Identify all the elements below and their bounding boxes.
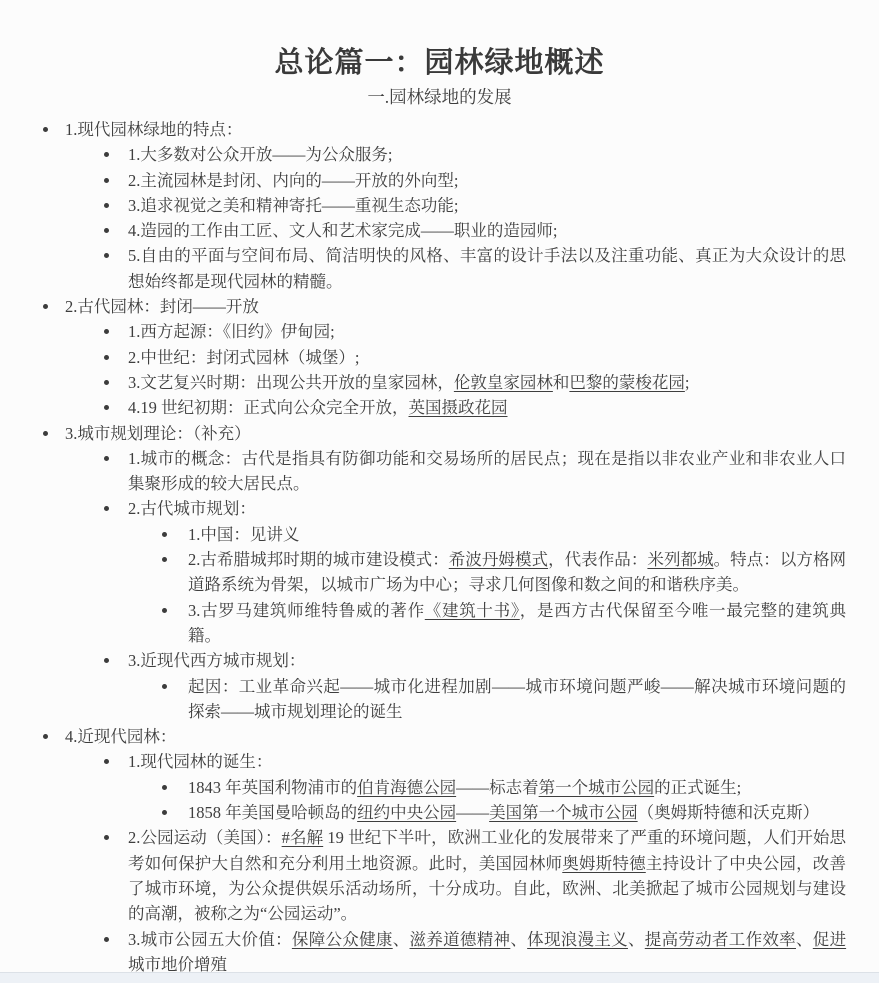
text-run: 1.现代园林的诞生： (128, 752, 272, 771)
underlined-term: 巴黎的蒙梭花园 (569, 373, 685, 392)
list-item: 1.西方起源：《旧约》伊甸园; (0, 319, 879, 344)
list-item: 2.古代园林：封闭——开放 (0, 294, 879, 319)
list-item-text: 3.城市规划理论：（补充） (65, 424, 251, 443)
underlined-term: 伯肯海德公园 (357, 778, 456, 797)
underlined-term: #名解 (282, 828, 324, 847)
bullet-icon (162, 684, 167, 689)
list-item: 4.造园的工作由工匠、文人和艺术家完成——职业的造园师; (0, 218, 879, 243)
underlined-term: 奥姆斯特德 (562, 854, 646, 873)
list-item-text: 1.大多数对公众开放——为公众服务; (128, 145, 392, 164)
text-run: 1858 年美国曼哈顿岛的 (188, 803, 357, 822)
list-item-text: 2.古代园林：封闭——开放 (65, 297, 259, 316)
text-run: 1.大多数对公众开放——为公众服务; (128, 145, 392, 164)
document-title: 总论篇一：园林绿地概述 (0, 0, 879, 81)
underlined-term: 保障公众健康 (292, 930, 393, 949)
bullet-icon (162, 608, 167, 613)
list-item-text: 2.中世纪：封闭式园林（城堡）; (128, 348, 359, 367)
text-run: 、 (796, 930, 813, 949)
text-run: 3.追求视觉之美和精神寄托——重视生态功能; (128, 196, 458, 215)
bullet-icon (104, 178, 109, 183)
document-subtitle: 一.园林绿地的发展 (0, 85, 879, 109)
text-run: 的正式诞生; (654, 778, 741, 797)
document-page: 总论篇一：园林绿地概述 一.园林绿地的发展 1.现代园林绿地的特点：1.大多数对… (0, 0, 879, 983)
bullet-icon (104, 355, 109, 360)
bullet-icon (104, 506, 109, 511)
text-run: 1843 年英国利物浦市的 (188, 778, 357, 797)
bullet-icon (104, 228, 109, 233)
list-item-text: 4.19 世纪初期：正式向公众完全开放，英国摄政花园 (128, 398, 508, 417)
underlined-term: 伦敦皇家园林 (454, 373, 553, 392)
list-item: 4.19 世纪初期：正式向公众完全开放，英国摄政花园 (0, 395, 879, 420)
text-run: 2.古希腊城邦时期的城市建设模式： (188, 550, 449, 569)
text-run: 3.城市公园五大价值： (128, 930, 292, 949)
list-item-text: 3.古罗马建筑师维特鲁威的著作《建筑十书》，是西方古代保留至今唯一最完整的建筑典… (188, 601, 846, 645)
bullet-icon (162, 785, 167, 790)
list-item: 3.追求视觉之美和精神寄托——重视生态功能; (0, 193, 879, 218)
list-item-text: 3.近现代西方城市规划： (128, 651, 305, 670)
list-item-text: 4.造园的工作由工匠、文人和艺术家完成——职业的造园师; (128, 221, 557, 240)
list-item: 1858 年美国曼哈顿岛的纽约中央公园——美国第一个城市公园（奥姆斯特德和沃克斯… (0, 800, 879, 825)
list-item: 3.古罗马建筑师维特鲁威的著作《建筑十书》，是西方古代保留至今唯一最完整的建筑典… (0, 598, 879, 649)
list-item-text: 2.古代城市规划： (128, 499, 256, 518)
text-run: 2.主流园林是封闭、内向的——开放的外向型; (128, 171, 458, 190)
bullet-icon (104, 329, 109, 334)
underlined-term: 滋养道德精神 (410, 930, 511, 949)
list-item: 1843 年英国利物浦市的伯肯海德公园——标志着第一个城市公园的正式诞生; (0, 775, 879, 800)
text-run: 和 (553, 373, 570, 392)
text-run: 1.中国：见讲义 (188, 525, 299, 544)
text-run: 2.古代园林：封闭——开放 (65, 297, 259, 316)
list-item: 3.城市规划理论：（补充） (0, 421, 879, 446)
underlined-term: 希波丹姆模式 (449, 550, 548, 569)
text-run: —— (456, 803, 489, 822)
text-run: ，代表作品： (548, 550, 647, 569)
bullet-icon (104, 203, 109, 208)
list-item-text: 1858 年美国曼哈顿岛的纽约中央公园——美国第一个城市公园（奥姆斯特德和沃克斯… (188, 803, 819, 822)
text-run: ; (685, 373, 690, 392)
text-run: 起因：工业革命兴起——城市化进程加剧——城市环境问题严峻——解决城市环境问题的探… (188, 677, 846, 721)
list-item-text: 3.追求视觉之美和精神寄托——重视生态功能; (128, 196, 458, 215)
list-item: 起因：工业革命兴起——城市化进程加剧——城市环境问题严峻——解决城市环境问题的探… (0, 674, 879, 725)
list-item-text: 1.中国：见讲义 (188, 525, 299, 544)
bottom-bar (0, 972, 879, 983)
list-item-text: 2.公园运动（美国）：#名解 19 世纪下半叶，欧洲工业化的发展带来了严重的环境… (128, 828, 846, 923)
bullet-icon (43, 127, 48, 132)
list-item-text: 1843 年英国利物浦市的伯肯海德公园——标志着第一个城市公园的正式诞生; (188, 778, 741, 797)
underlined-term: 体现浪漫主义 (527, 930, 628, 949)
text-run: 3.古罗马建筑师维特鲁威的著作 (188, 601, 425, 620)
text-run: 3.城市规划理论：（补充） (65, 424, 251, 443)
text-run: 4.19 世纪初期：正式向公众完全开放， (128, 398, 409, 417)
list-item-text: 1.现代园林绿地的特点： (65, 120, 242, 139)
list-item-text: 2.古希腊城邦时期的城市建设模式：希波丹姆模式，代表作品：米列都城。特点：以方格… (188, 550, 846, 594)
text-run: 1.现代园林绿地的特点： (65, 120, 242, 139)
bullet-icon (162, 557, 167, 562)
list-item: 3.城市公园五大价值：保障公众健康、滋养道德精神、体现浪漫主义、提高劳动者工作效… (0, 927, 879, 978)
text-run: 4.造园的工作由工匠、文人和艺术家完成——职业的造园师; (128, 221, 557, 240)
bullet-icon (43, 304, 48, 309)
bullet-icon (104, 835, 109, 840)
bullet-icon (104, 456, 109, 461)
underlined-term: 英国摄政花园 (409, 398, 508, 417)
text-run: 1.城市的概念：古代是指具有防御功能和交易场所的居民点；现在是指以非农业产业和非… (128, 449, 846, 493)
underlined-term: 《建筑十书》 (425, 601, 520, 620)
bullet-icon (104, 380, 109, 385)
list-item: 1.中国：见讲义 (0, 522, 879, 547)
bullet-icon (104, 405, 109, 410)
text-run: 2.古代城市规划： (128, 499, 256, 518)
underlined-term: 米列都城 (647, 550, 713, 569)
text-run: 、 (628, 930, 645, 949)
list-item: 5.自由的平面与空间布局、简洁明快的风格、丰富的设计手法以及注重功能、真正为大众… (0, 243, 879, 294)
text-run: 、 (393, 930, 410, 949)
underlined-term: 美国第一个城市公园 (489, 803, 638, 822)
list-item-text: 3.文艺复兴时期：出现公共开放的皇家园林，伦敦皇家园林和巴黎的蒙梭花园; (128, 373, 689, 392)
bullet-icon (104, 658, 109, 663)
list-item: 3.文艺复兴时期：出现公共开放的皇家园林，伦敦皇家园林和巴黎的蒙梭花园; (0, 370, 879, 395)
underlined-term: 提高劳动者工作效率 (645, 930, 796, 949)
text-run: 、 (510, 930, 527, 949)
text-run: 3.文艺复兴时期：出现公共开放的皇家园林， (128, 373, 454, 392)
list-item-text: 3.城市公园五大价值：保障公众健康、滋养道德精神、体现浪漫主义、提高劳动者工作效… (128, 930, 846, 974)
text-run: 5.自由的平面与空间布局、简洁明快的风格、丰富的设计手法以及注重功能、真正为大众… (128, 246, 846, 290)
bullet-icon (43, 431, 48, 436)
text-run: ——标志着 (456, 778, 539, 797)
list-item: 2.公园运动（美国）：#名解 19 世纪下半叶，欧洲工业化的发展带来了严重的环境… (0, 825, 879, 926)
list-item: 1.大多数对公众开放——为公众服务; (0, 142, 879, 167)
list-item-text: 1.城市的概念：古代是指具有防御功能和交易场所的居民点；现在是指以非农业产业和非… (128, 449, 846, 493)
text-run: （奥姆斯特德和沃克斯） (638, 803, 820, 822)
bullet-icon (104, 253, 109, 258)
text-run: 1.西方起源：《旧约》伊甸园; (128, 322, 335, 341)
list-item-text: 5.自由的平面与空间布局、简洁明快的风格、丰富的设计手法以及注重功能、真正为大众… (128, 246, 846, 290)
list-item: 1.城市的概念：古代是指具有防御功能和交易场所的居民点；现在是指以非农业产业和非… (0, 446, 879, 497)
bullet-icon (104, 937, 109, 942)
list-item: 2.中世纪：封闭式园林（城堡）; (0, 345, 879, 370)
underlined-term: 第一个城市公园 (539, 778, 655, 797)
text-run: 2.中世纪：封闭式园林（城堡）; (128, 348, 359, 367)
list-item: 1.现代园林的诞生： (0, 749, 879, 774)
list-item-text: 起因：工业革命兴起——城市化进程加剧——城市环境问题严峻——解决城市环境问题的探… (188, 677, 846, 721)
list-item: 3.近现代西方城市规划： (0, 648, 879, 673)
list-item: 1.现代园林绿地的特点： (0, 117, 879, 142)
underlined-term: 纽约中央公园 (357, 803, 456, 822)
list-item: 4.近现代园林： (0, 724, 879, 749)
list-item: 2.古代城市规划： (0, 496, 879, 521)
bullet-icon (104, 152, 109, 157)
list-item: 2.古希腊城邦时期的城市建设模式：希波丹姆模式，代表作品：米列都城。特点：以方格… (0, 547, 879, 598)
text-run: 3.近现代西方城市规划： (128, 651, 305, 670)
bullet-icon (104, 759, 109, 764)
bullet-icon (162, 532, 167, 537)
list-item-text: 2.主流园林是封闭、内向的——开放的外向型; (128, 171, 458, 190)
list-item: 2.主流园林是封闭、内向的——开放的外向型; (0, 168, 879, 193)
list-item-text: 4.近现代园林： (65, 727, 176, 746)
text-run: 2.公园运动（美国）： (128, 828, 282, 847)
outline-list: 1.现代园林绿地的特点：1.大多数对公众开放——为公众服务;2.主流园林是封闭、… (0, 117, 879, 977)
text-run: 4.近现代园林： (65, 727, 176, 746)
list-item-text: 1.西方起源：《旧约》伊甸园; (128, 322, 335, 341)
bullet-icon (162, 810, 167, 815)
list-item-text: 1.现代园林的诞生： (128, 752, 272, 771)
bullet-icon (43, 734, 48, 739)
